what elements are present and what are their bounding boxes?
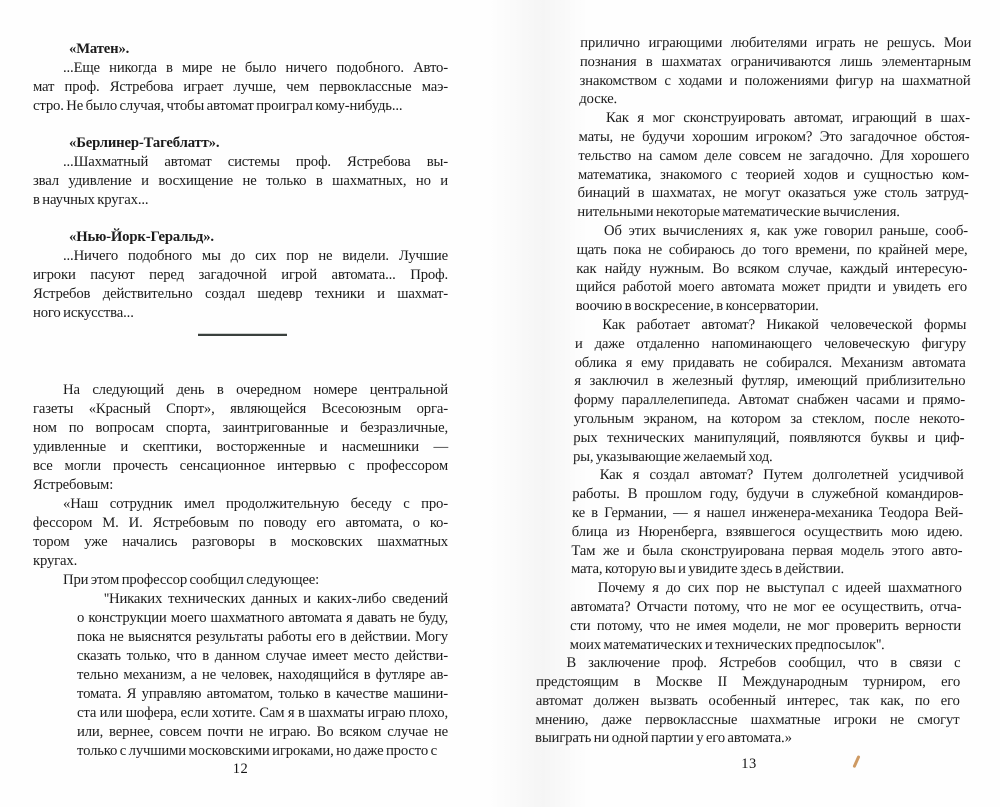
text-line: или, вернее, совсем почти не играю. Во в… [77,723,448,742]
text-line: автомат должен вызвать особенный интерес… [536,692,960,711]
text-line: угольным экраном, на котором за стеклом,… [574,410,965,429]
paragraph: ...Шахматный автомат системы проф. Ястре… [33,153,448,210]
text-line: Ястребов действительно создал шедевр тех… [33,285,448,304]
text-line: звал удивление и восхищение не только в … [33,172,448,191]
text-line: работы. В прошлом году, будучи в служебн… [572,485,963,504]
text-line: ...Еще никогда в мире не было ничего под… [33,59,448,78]
paragraph: «Наш сотрудник имел продолжительную бесе… [33,495,448,571]
newspaper-name-header: «Матен». [33,40,448,59]
text-line: облика я ему придавать не собирался. Мех… [575,354,966,373]
text-line: автомата? Отчасти потому, что не мог ее … [570,598,961,617]
text-line: маты, не будучи хорошим игроком? Это заг… [578,128,969,147]
paragraph: Как работает автомат? Никакой человеческ… [540,316,967,466]
text-line: ры, указывающие желаемый ход. [573,448,964,467]
text-line: томата. Я управляю автоматом, только в к… [77,685,448,704]
text-line: предстоящим в Москве II Международным ту… [536,673,960,692]
text-line: в научных кругах... [33,191,448,210]
text-line: удивленные и скептики, восторженные и на… [33,438,448,457]
text-line: игроки пасуют перед загадочной игрой авт… [33,266,448,285]
text-line: кругах. [33,552,448,571]
paragraph: Как я мог сконструировать автомат, играю… [544,109,970,222]
text-line: пока не выяснятся результаты работы его … [77,628,448,647]
text-line: ного искусства... [33,304,448,323]
text-line: ке в Германии, — я нашел инженера-механи… [572,504,963,523]
text-line: математика, знакомого с теорией ходов и … [578,166,969,185]
page-left-text: «Матен»....Еще никогда в мире не было ни… [33,0,448,761]
text-line: форму параллелепипеда. Автомат снабжен ч… [574,391,965,410]
text-line: Как работает автомат? Никакой человеческ… [575,316,966,335]
section-break [33,334,448,336]
text-line: моих математических и технических предпо… [570,636,961,655]
newspaper-name: «Нью-Йорк-Геральд». [33,228,448,247]
text-line: познания в шахматах ограничиваются лишь … [580,53,971,72]
text-line: газеты «Красный Спорт», являющейся Всесо… [33,400,448,419]
book-spread: «Матен»....Еще никогда в мире не было ни… [0,0,1000,807]
text-line: ''Никаких технических данных и каких-либ… [77,590,448,609]
text-line: доске. [579,90,970,109]
paragraph: При этом профессор сообщил следующее: [33,571,448,590]
text-line: сти потому, что не имея модели, не мог п… [570,617,961,636]
text-line: ...Ничего подобного мы до сих пор не вид… [33,247,448,266]
paragraph: На следующий день в очередном номере цен… [33,381,448,495]
page-right-text: прилично играющими любителями играть не … [535,0,972,748]
text-line: Об этих вычислениях я, как уже говорил р… [577,222,968,241]
text-line: фессором М. И. Ястребовым по поводу его … [33,514,448,533]
newspaper-name-header: «Нью-Йорк-Геральд». [33,228,448,247]
text-line: тельно механизм, а не человек, находящий… [77,666,448,685]
text-line: прилично играющими любителями играть не … [580,34,971,53]
text-line: ста или шофера, если хотите. Сам я в шах… [77,704,448,723]
text-line: бинаций в шахматах, не могут оказаться у… [577,184,968,203]
newspaper-name: «Берлинер-Тагеблатт». [33,134,448,153]
text-line: мнению, даже первоклассные шахматные игр… [535,711,959,730]
section-divider-rule [198,334,287,336]
text-line: Как я мог сконструировать автомат, играю… [579,109,970,128]
text-line: стро. Не было случая, чтобы автомат прои… [33,97,448,116]
text-line: мат проф. Ястребова играет лучше, чем пе… [33,78,448,97]
text-line: Там же и была сконструирована первая мод… [571,542,962,561]
paragraph: Как я создал автомат? Путем долголетней … [538,466,964,579]
text-line: воочию в воскресение, в консерватории. [575,297,966,316]
paragraph: ...Ничего подобного мы до сих пор не вид… [33,247,448,323]
text-line: все могли прочесть сенсационное интервью… [33,457,448,476]
text-line: только с лучшими московскими игроками, н… [77,742,448,761]
text-line: как найду нужным. Во всяком случае, кажд… [576,260,967,279]
text-line: Ястребовым: [33,476,448,495]
text-line: «Наш сотрудник имел продолжительную бесе… [33,495,448,514]
newspaper-name-header: «Берлинер-Тагеблатт». [33,134,448,153]
paragraph: ...Еще никогда в мире не было ничего под… [33,59,448,116]
text-line: рых технических манипуляций, появляются … [573,429,964,448]
page-number-right: 13 [537,756,961,773]
paragraph: ''Никаких технических данных и каких-либ… [33,590,448,761]
text-line: нительными некоторые математические вычи… [577,203,968,222]
paragraph: В заключение проф. Ястребов сообщил, что… [535,654,961,748]
text-line: На следующий день в очередном номере цен… [33,381,448,400]
text-line: я заключил в железный футляр, имеющий пр… [574,372,965,391]
text-line: При этом профессор сообщил следующее: [33,571,448,590]
text-line: сказать только, что в данном случае имее… [77,647,448,666]
text-line: Почему я до сих пор не выступал с идеей … [571,579,962,598]
text-line: и даже отдаленно напоминающего человечес… [575,335,966,354]
text-line: ...Шахматный автомат системы проф. Ястре… [33,153,448,172]
text-line: тором уже начались разговоры в московски… [33,533,448,552]
text-line: мата, которую вы и увидите здесь в дейст… [571,560,962,579]
text-line: Как я создал автомат? Путем долголетней … [573,466,964,485]
newspaper-name: «Матен». [33,40,448,59]
text-line: о конструкции моего шахматного автомата … [77,609,448,628]
text-line: знакомством с ходами и положениями фигур… [579,72,970,91]
text-line: блица из Нюренберга, взявшегося осуществ… [572,523,963,542]
text-line: щийся работой моего автомата может придт… [576,278,967,297]
text-line: выиграть ни одной партии у его автомата.… [535,729,959,748]
paragraph: Об этих вычислениях я, как уже говорил р… [542,222,968,316]
text-line: ном по вопросам спорта, заинтригованные … [33,419,448,438]
text-line: тельство на самом деле совсем не загадоч… [578,147,969,166]
text-line: щать пока не собираюсь до того времени, … [576,241,967,260]
paragraph: прилично играющими любителями играть не … [546,34,971,109]
text-line: В заключение проф. Ястребов сообщил, что… [536,654,960,673]
page-number-left: 12 [33,761,448,778]
paragraph: Почему я до сих пор не выступал с идеей … [537,579,962,654]
